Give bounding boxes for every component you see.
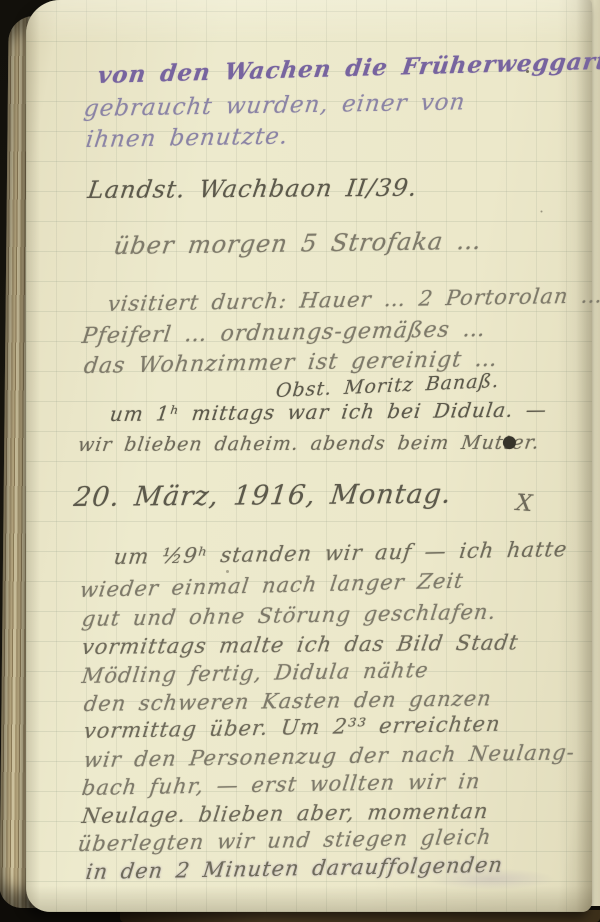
- handwriting-line: ihnen benutzte.: [84, 123, 289, 153]
- handwriting-line: über morgen 5 Strofaka …: [112, 227, 484, 260]
- scanned-notebook-photo: von den Wachen die Früherweggarten gebra…: [0, 0, 600, 922]
- handwriting-line: gebraucht wurden, einer von: [82, 89, 467, 122]
- handwriting-line: wieder einmal nach langer Zeit: [78, 569, 465, 602]
- handwriting-line: Neulage. blieben aber, momentan: [80, 799, 490, 828]
- handwriting-line: vormittag über. Um 2³³ erreichten: [83, 712, 503, 743]
- handwriting-line: um ½9ʰ standen wir auf — ich hatte: [113, 537, 569, 569]
- handwriting-line: wir blieben daheim. abends beim Mutter.: [77, 432, 542, 456]
- handwriting-line: Landst. Wachbaon II/39.: [86, 174, 419, 204]
- handwriting-line: bach fuhr, — erst wollten wir in: [81, 769, 483, 800]
- handwriting-line: von den Wachen die Früherweggarten: [96, 47, 600, 89]
- entry-date-heading: 20. März, 1916, Montag.: [72, 479, 453, 513]
- handwriting-line: gut und ohne Störung geschlafen.: [81, 600, 498, 631]
- handwriting-line: vormittags malte ich das Bild Stadt: [80, 630, 520, 659]
- handwriting-line: visitiert durch: Hauer … 2 Portorolan …: [107, 283, 600, 316]
- handwriting-line: Pfeiferl … ordnungs-gemäßes …: [80, 317, 487, 349]
- handwriting-line: um 1ʰ mittags war ich bei Didula. —: [108, 397, 548, 426]
- handwriting-line: überlegten wir und stiegen gleich: [77, 825, 494, 856]
- handwriting-line: Mödling fertig, Didula nähte: [81, 658, 431, 688]
- x-mark: X: [515, 490, 534, 517]
- handwriting-line: den schweren Kasten den ganzen: [82, 686, 493, 716]
- handwriting-line: wir den Personenzug der nach Neulang-: [83, 740, 577, 772]
- filled-circle-mark: ●: [502, 432, 517, 452]
- notebook-page: von den Wachen die Früherweggarten gebra…: [26, 0, 592, 912]
